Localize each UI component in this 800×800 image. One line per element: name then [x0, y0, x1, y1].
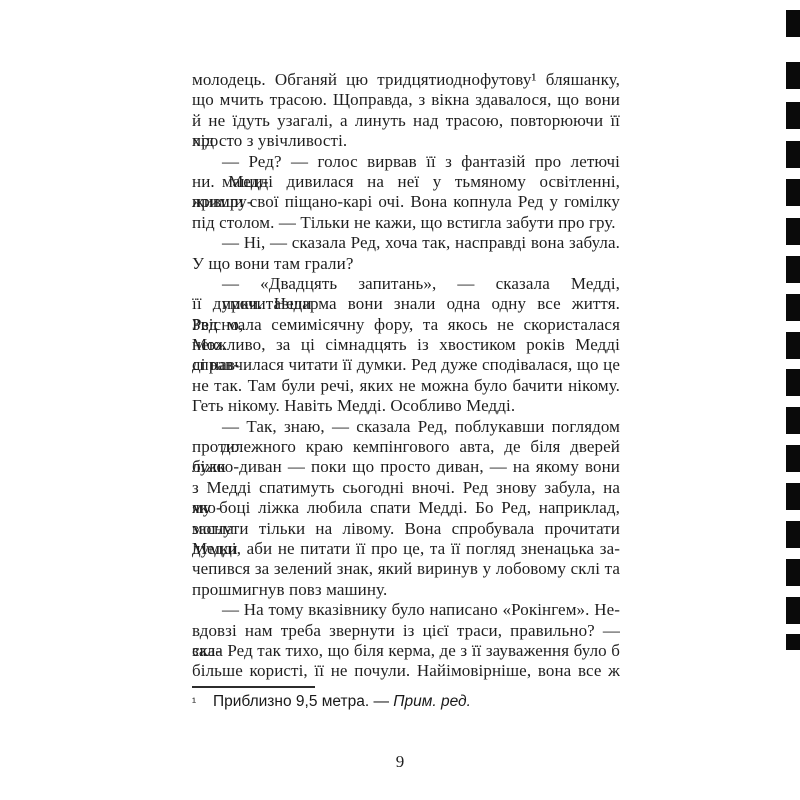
edge-bar — [786, 141, 800, 168]
footnote-separator-rule — [192, 686, 315, 688]
edge-bar — [786, 559, 800, 586]
text-line: Геть нікому. Навіть Медді. Особливо Медд… — [192, 396, 620, 416]
text-line: Ред мала семимісячну фору, та якось не с… — [192, 315, 620, 335]
text-line: живши свої піщано-карі очі. Вона копнула… — [192, 192, 620, 212]
page-edge-marks — [786, 0, 800, 800]
edge-bar — [786, 332, 800, 359]
edge-bar — [786, 218, 800, 245]
text-line: — «Двадцять запитань», — сказала Медді, … — [192, 274, 620, 294]
text-line: молодець. Обганяй цю тридцятиоднофутову¹… — [192, 70, 620, 90]
footnote-marker: ¹ — [192, 693, 213, 712]
text-line: ни. Медді дивилася на неї у тьмяному осв… — [192, 172, 620, 192]
footnote-source: Прим. ред. — [393, 693, 471, 710]
text-line: му боці ліжка любила спати Медді. Бо Ред… — [192, 498, 620, 518]
edge-bar — [786, 369, 800, 396]
edge-bar — [786, 483, 800, 510]
edge-bar — [786, 102, 800, 129]
text-line: — Ні, — сказала Ред, хоча так, насправді… — [192, 233, 620, 253]
text-line: під столом. — Тільки не кажи, що встигла… — [192, 213, 620, 233]
text-line: — Так, знаю, — сказала Ред, поблукавши п… — [192, 417, 620, 437]
text-line: й не їдуть узагалі, а линуть над трасою,… — [192, 111, 620, 131]
text-line: більше користі, її не почули. Найімовірн… — [192, 661, 620, 681]
edge-bar — [786, 62, 800, 89]
text-line: У що вони там грали? — [192, 254, 620, 274]
text-line: ді навчилася читати її думки. Ред дуже с… — [192, 355, 620, 375]
footnote-text: Приблизно 9,5 метра. — — [213, 693, 393, 710]
edge-bar — [786, 10, 800, 37]
edge-bar — [786, 521, 800, 548]
body-text-block: молодець. Обганяй цю тридцятиоднофутову¹… — [192, 70, 620, 682]
edge-bar — [786, 407, 800, 434]
text-line: — Ред? — голос вирвав її з фантазій про … — [192, 152, 620, 172]
text-line: Можливо, за ці сімнадцять із хвостиком р… — [192, 335, 620, 355]
text-line: протилежного краю кемпінгового авта, де … — [192, 437, 620, 457]
text-line: просто з увічливості. — [192, 131, 620, 151]
text-line: з Медді спатимуть сьогодні вночі. Ред зн… — [192, 478, 620, 498]
text-line: чепився за зелений знак, який виринув у … — [192, 559, 620, 579]
text-line: її думки. Недарма вони знали одна одну в… — [192, 294, 620, 314]
edge-bar — [786, 256, 800, 283]
page-number: 9 — [0, 752, 800, 772]
text-line: заснути тільки на лівому. Вона спробувал… — [192, 519, 620, 539]
text-line: що мчить трасою. Щоправда, з вікна здава… — [192, 90, 620, 110]
text-line: — На тому вказівнику було написано «Рокі… — [192, 600, 620, 620]
text-line: Медді, аби не питати її про це, та її по… — [192, 539, 620, 559]
edge-bar — [786, 634, 800, 650]
edge-bar — [786, 597, 800, 624]
text-line: зала Ред так тихо, що біля керма, де з ї… — [192, 641, 620, 661]
book-page: молодець. Обганяй цю тридцятиоднофутову¹… — [0, 0, 800, 800]
text-line: прошмигнув повз машину. — [192, 580, 620, 600]
edge-bar — [786, 445, 800, 472]
text-line: ліжко-диван — поки що просто диван, — на… — [192, 457, 620, 477]
edge-bar — [786, 294, 800, 321]
text-line: вдовзі нам треба звернути із цієї траси,… — [192, 621, 620, 641]
footnote: ¹Приблизно 9,5 метра. — Прим. ред. — [192, 692, 620, 711]
text-line: не так. Там були речі, яких не можна бул… — [192, 376, 620, 396]
edge-bar — [786, 179, 800, 206]
